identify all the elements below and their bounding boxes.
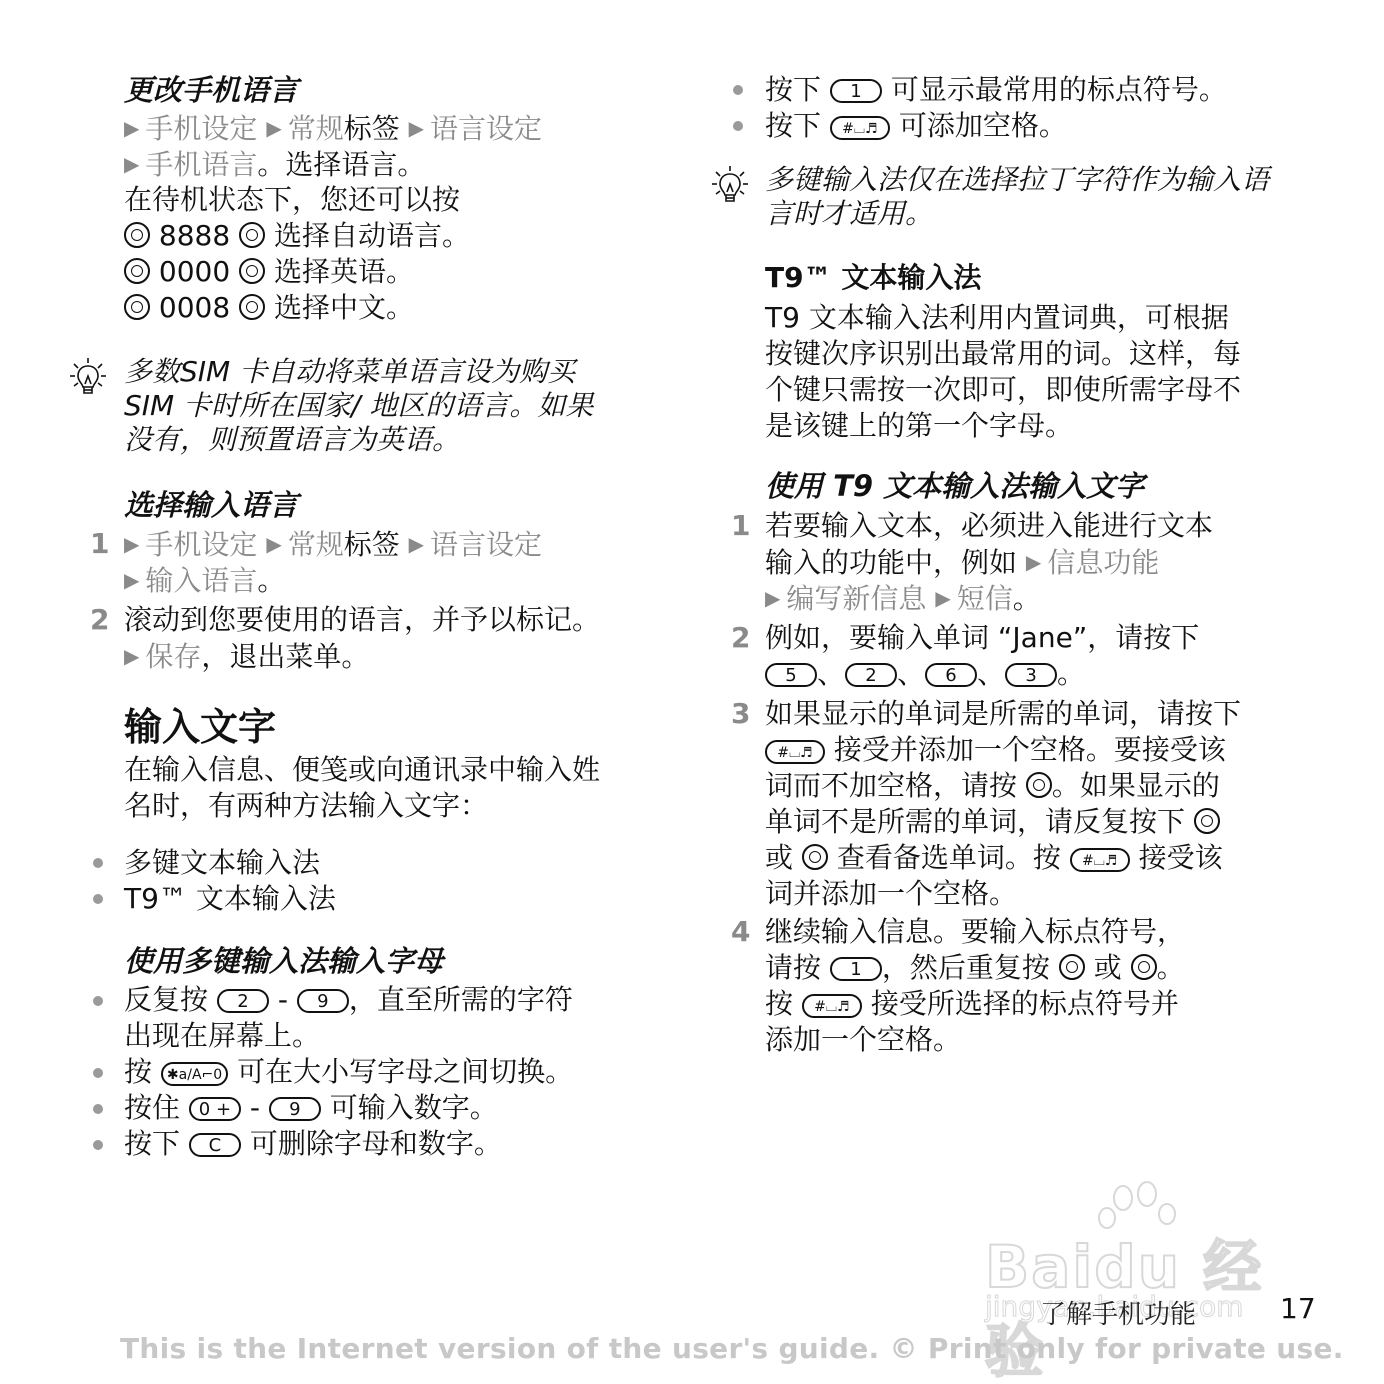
method-multitap: 多键文本输入法 (124, 845, 320, 881)
t9-step-3-line-5: 或 查看备选单词。按 #⌴♬ 接受该 (765, 840, 1223, 876)
t9-step-4-line-1: 继续输入信息。要输入标点符号， (765, 914, 1185, 950)
key-star-case: ✱a/A⌐0 (161, 1062, 228, 1086)
code-row-chinese: 0008 选择中文。 (124, 290, 414, 326)
tip-latin-line-2: 言时才适用。 (765, 196, 933, 232)
heading-multitap: 使用多键输入法输入字母 (124, 943, 443, 979)
t9-step-4-line-2: 请按 1，然后重复按 或 。 (765, 950, 1185, 986)
nav-down-icon (1131, 954, 1157, 980)
step-2-text: 滚动到您要使用的语言，并予以标记。 (124, 602, 600, 638)
step-number: 2 (731, 620, 750, 656)
multitap-bullet-1-line-2: 出现在屏幕上。 (124, 1018, 320, 1054)
t9-body-3: 个键只需按一次即可，即使所需字母不 (765, 372, 1241, 408)
t9-step-1-line-2: 输入的功能中，例如 ▶信息功能 (765, 544, 1159, 581)
nav-left-icon (124, 222, 150, 248)
t9-step-4-line-3: 按 #⌴♬ 接受所选择的标点符号并 (765, 986, 1179, 1022)
step-number: 4 (731, 914, 750, 950)
nav-up-icon (1059, 954, 1085, 980)
arrow-icon: ▶ (124, 568, 139, 592)
heading-select-input-language: 选择输入语言 (124, 487, 298, 523)
step-1-path-2: ▶输入语言。 (124, 562, 285, 599)
key-hash-space: #⌴♬ (802, 994, 862, 1018)
punct-bullet: 按下 1 可显示最常用的标点符号。 (765, 72, 1227, 108)
key-6: 6 (925, 663, 977, 687)
arrow-icon: ▶ (266, 532, 281, 556)
multitap-bullet-1: 反复按 2 - 9，直至所需的字符 (124, 982, 573, 1018)
arrow-icon: ▶ (124, 152, 139, 176)
bullet-icon (93, 996, 103, 1006)
step-1-path: ▶手机设定 ▶常规标签 ▶语言设定 (124, 526, 542, 563)
key-hash-space: #⌴♬ (1070, 848, 1130, 872)
menu-path-1: ▶手机设定 ▶常规标签 ▶语言设定 (124, 110, 542, 147)
arrow-icon: ▶ (765, 586, 780, 610)
code-row-auto: 8888 选择自动语言。 (124, 218, 470, 254)
arrow-icon: ▶ (124, 116, 139, 140)
multitap-bullet-2: 按 ✱a/A⌐0 可在大小写字母之间切换。 (124, 1054, 573, 1090)
lightbulb-icon (68, 356, 108, 400)
lightbulb-icon (710, 164, 750, 208)
key-9: 9 (269, 1097, 321, 1121)
nav-right-icon (239, 258, 265, 284)
step-2-path: ▶保存，退出菜单。 (124, 638, 369, 675)
page-number: 17 (1280, 1292, 1316, 1325)
copyright-notice: This is the Internet version of the user… (120, 1332, 1344, 1365)
arrow-icon: ▶ (124, 532, 139, 556)
menu-path-2: ▶手机语言。选择语言。 (124, 146, 425, 183)
key-c: C (189, 1133, 241, 1157)
standby-intro: 在待机状态下，您还可以按 (124, 182, 460, 218)
arrow-icon: ▶ (124, 644, 139, 668)
entering-text-body-1: 在输入信息、便笺或向通讯录中输入姓 (124, 752, 600, 788)
key-hash-space: #⌴♬ (765, 740, 825, 764)
step-number: 1 (90, 526, 109, 562)
nav-left-icon (124, 258, 150, 284)
bullet-icon (733, 85, 743, 95)
bullet-icon (93, 1104, 103, 1114)
nav-right-icon (1026, 772, 1052, 798)
method-t9: T9™ 文本输入法 (124, 881, 336, 917)
key-5: 5 (765, 663, 817, 687)
t9-body-4: 是该键上的第一个字母。 (765, 408, 1073, 444)
arrow-icon: ▶ (935, 586, 950, 610)
key-3: 3 (1005, 663, 1057, 687)
entering-text-body-2: 名时，有两种方法输入文字： (124, 788, 488, 824)
t9-step-1-line-1: 若要输入文本，必须进入能进行文本 (765, 508, 1213, 544)
t9-step-1-line-3: ▶编写新信息 ▶短信。 (765, 580, 1041, 617)
space-bullet: 按下 #⌴♬ 可添加空格。 (765, 108, 1067, 144)
heading-t9-use: 使用 T9 文本输入法输入文字 (765, 468, 1144, 504)
heading-entering-text: 输入文字 (124, 704, 276, 750)
tip-latin-line-1: 多键输入法仅在选择拉丁字符作为输入语 (765, 162, 1269, 198)
multitap-bullet-4: 按下 C 可删除字母和数字。 (124, 1126, 502, 1162)
nav-up-icon (1194, 808, 1220, 834)
bullet-icon (93, 1068, 103, 1078)
t9-step-2-line-1: 例如，要输入单词 “Jane”，请按下 (765, 620, 1199, 656)
heading-t9: T9™ 文本输入法 (765, 260, 981, 296)
t9-step-3-line-1: 如果显示的单词是所需的单词，请按下 (765, 696, 1241, 732)
key-hash-space: #⌴♬ (830, 116, 890, 140)
multitap-bullet-3: 按住 0 + - 9 可输入数字。 (124, 1090, 498, 1126)
nav-left-icon (124, 294, 150, 320)
step-number: 3 (731, 696, 750, 732)
key-9: 9 (297, 989, 349, 1013)
step-number: 1 (731, 508, 750, 544)
nav-down-icon (802, 844, 828, 870)
arrow-icon: ▶ (409, 116, 424, 140)
key-1: 1 (830, 79, 882, 103)
t9-step-3-line-6: 词并添加一个空格。 (765, 876, 1017, 912)
tip-sim-line-1: 多数SIM 卡自动将菜单语言设为购买 (124, 354, 575, 390)
bullet-icon (93, 894, 103, 904)
heading-change-language: 更改手机语言 (124, 72, 298, 108)
t9-step-4-line-4: 添加一个空格。 (765, 1022, 961, 1058)
t9-body-1: T9 文本输入法利用内置词典，可根据 (765, 300, 1229, 336)
tip-sim-line-3: 没有，则预置语言为英语。 (124, 422, 460, 458)
t9-step-3-line-2: #⌴♬ 接受并添加一个空格。要接受该 (765, 732, 1226, 768)
step-number: 2 (90, 602, 109, 638)
key-0-plus: 0 + (189, 1097, 241, 1121)
tip-sim-line-2: SIM 卡时所在国家/ 地区的语言。如果 (124, 388, 593, 424)
bullet-icon (733, 121, 743, 131)
arrow-icon: ▶ (266, 116, 281, 140)
bullet-icon (93, 1140, 103, 1150)
key-1: 1 (830, 957, 882, 981)
arrow-icon: ▶ (409, 532, 424, 556)
t9-step-2-keys: 5、2、6、3。 (765, 656, 1085, 692)
bullet-icon (93, 858, 103, 868)
nav-right-icon (239, 294, 265, 320)
t9-body-2: 按键次序识别出最常用的词。这样，每 (765, 336, 1241, 372)
nav-right-icon (239, 222, 265, 248)
key-2: 2 (845, 663, 897, 687)
arrow-icon: ▶ (1026, 550, 1041, 574)
key-2: 2 (217, 989, 269, 1013)
code-row-english: 0000 选择英语。 (124, 254, 414, 290)
t9-step-3-line-4: 单词不是所需的单词，请反复按下 (765, 804, 1220, 840)
t9-step-3-line-3: 词而不加空格，请按 。如果显示的 (765, 768, 1220, 804)
section-title: 了解手机功能 (1040, 1294, 1196, 1331)
